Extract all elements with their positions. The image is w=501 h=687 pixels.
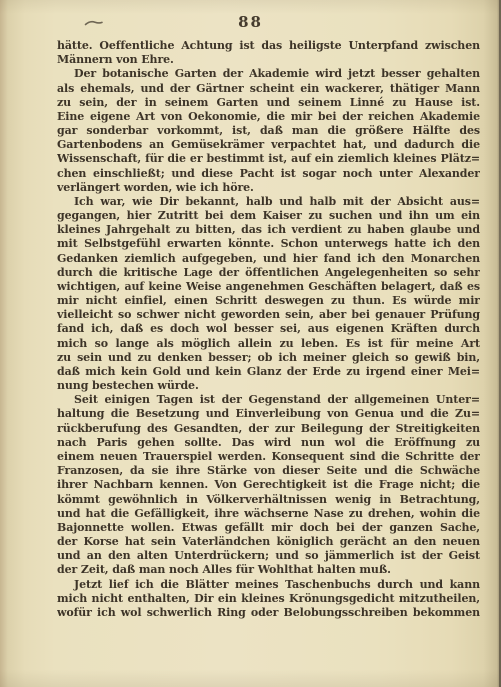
text-line: haltung die Besetzung und Einverleibung … — [57, 407, 480, 421]
paragraph: Jetzt lief ich die Blätter meines Tasche… — [57, 578, 480, 621]
text-line: mich nicht enthalten, Dir ein kleines Kr… — [57, 592, 480, 606]
text-line: wofür ich wol schwerlich Ring oder Belob… — [57, 606, 480, 620]
text-line: Männern von Ehre. — [57, 53, 480, 67]
page-number: 88 — [0, 13, 501, 31]
text-line: einem neuen Trauerspiel werden. Konseque… — [57, 450, 480, 464]
text-line: Der botanische Garten der Akademie wird … — [57, 67, 480, 81]
text-line: Franzosen, da sie ihre Stärke von dieser… — [57, 464, 480, 478]
text-line: der Zeit, daß man noch Alles für Wohltha… — [57, 563, 480, 577]
text-line: Wissenschaft, für die er bestimmt ist, a… — [57, 152, 480, 166]
text-line: zu sein, der in seinem Garten und seinem… — [57, 96, 480, 110]
text-line: Gartenbodens an Gemüsekrämer verpachtet … — [57, 138, 480, 152]
paragraph: Ich war, wie Dir bekannt, halb und halb … — [57, 195, 480, 393]
text-line: zu sein und zu denken besser; ob ich mei… — [57, 351, 480, 365]
text-line: der Korse hat sein Vaterländchen königli… — [57, 535, 480, 549]
text-line: Eine eigene Art von Oekonomie, die mir b… — [57, 110, 480, 124]
text-line: fand ich, daß es doch wol besser sei, au… — [57, 322, 480, 336]
paragraph: Seit einigen Tagen ist der Gegenstand de… — [57, 393, 480, 577]
text-line: Ich war, wie Dir bekannt, halb und halb … — [57, 195, 480, 209]
text-line: rückberufung des Gesandten, der zur Beil… — [57, 422, 480, 436]
text-line: wichtigen, auf keine Weise angenehmen Ge… — [57, 280, 480, 294]
text-line: Gedanken ziemlich aufgegeben, und hier f… — [57, 252, 480, 266]
text-line: und hat die Gefälligkeit, ihre wächserne… — [57, 507, 480, 521]
text-line: nung bestechen würde. — [57, 379, 480, 393]
text-line: Seit einigen Tagen ist der Gegenstand de… — [57, 393, 480, 407]
text-line: durch die kritische Lage der öffentliche… — [57, 266, 480, 280]
text-line: kömmt gewöhnlich in Völkerverhältnissen … — [57, 493, 480, 507]
text-line: verlängert worden, wie ich höre. — [57, 181, 480, 195]
text-line: Jetzt lief ich die Blätter meines Tasche… — [57, 578, 480, 592]
text-line: nach Paris gehen sollte. Das wird nun wo… — [57, 436, 480, 450]
text-line: mit Selbstgefühl erwarten könnte. Schon … — [57, 237, 480, 251]
text-block: hätte. Oeffentliche Achtung ist das heil… — [57, 39, 480, 620]
text-line: gegangen, hier Zutritt bei dem Kaiser zu… — [57, 209, 480, 223]
text-line: daß mich kein Gold und kein Glanz der Er… — [57, 365, 480, 379]
paragraph: hätte. Oeffentliche Achtung ist das heil… — [57, 39, 480, 67]
paragraph: Der botanische Garten der Akademie wird … — [57, 67, 480, 195]
text-line: Bajonnette wollen. Etwas gefällt mir doc… — [57, 521, 480, 535]
text-line: und an den alten Unterdrückern; und so j… — [57, 549, 480, 563]
text-line: kleines Jahrgehalt zu bitten, das ich ve… — [57, 223, 480, 237]
text-line: ihrer Nachbarn kennen. Von Gerechtigkeit… — [57, 478, 480, 492]
text-line: hätte. Oeffentliche Achtung ist das heil… — [57, 39, 480, 53]
text-line: mich so lange als möglich allein zu lebe… — [57, 337, 480, 351]
text-line: gar sonderbar vorkommt, ist, daß man die… — [57, 124, 480, 138]
text-line: als ehemals, und der Gärtner scheint ein… — [57, 82, 480, 96]
text-line: vielleicht so schwer nicht geworden sein… — [57, 308, 480, 322]
text-line: chen einschließt; und diese Pacht ist so… — [57, 167, 480, 181]
text-line: mir nicht einfiel, einen Schritt deswege… — [57, 294, 480, 308]
